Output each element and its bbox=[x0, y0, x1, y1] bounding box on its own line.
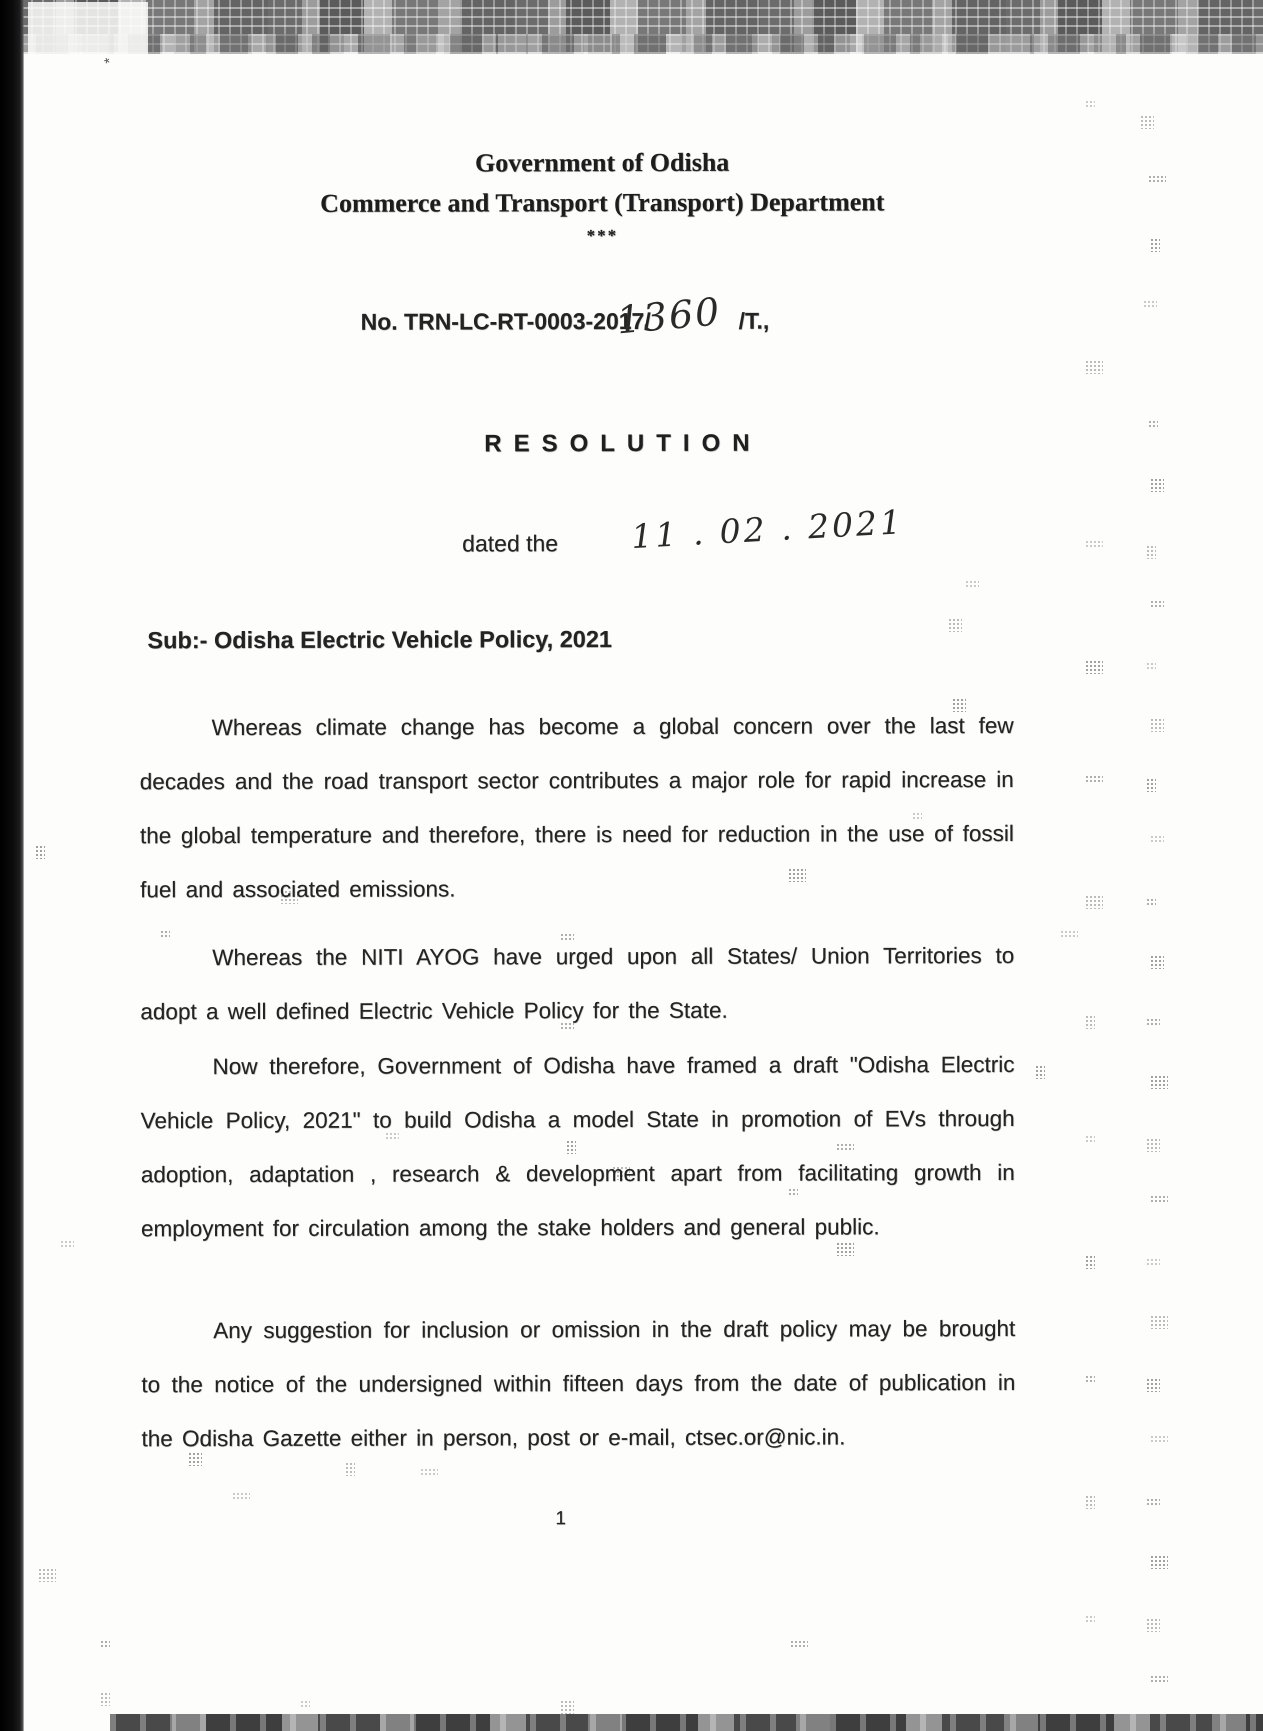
paragraph-suggestions: Any suggestion for inclusion or omission… bbox=[141, 1302, 1015, 1466]
reference-number-suffix: /T., bbox=[739, 308, 770, 335]
dated-handwritten-date: 11 . 02 . 2021 bbox=[630, 502, 905, 556]
header-line2: Commerce and Transport (Transport) Depar… bbox=[22, 187, 1182, 220]
paragraph-niti-ayog: Whereas the NITI AYOG have urged upon al… bbox=[140, 929, 1014, 1039]
paragraph-draft-policy: Now therefore, Government of Odisha have… bbox=[140, 1038, 1015, 1256]
subject-line: Sub:- Odisha Electric Vehicle Policy, 20… bbox=[147, 626, 612, 654]
reference-number-prefix: No. TRN-LC-RT-0003-2017/ bbox=[361, 308, 651, 336]
resolution-title: RESOLUTION bbox=[23, 428, 1223, 459]
paragraph-climate-change: Whereas climate change has become a glob… bbox=[140, 699, 1015, 917]
header-stars: *** bbox=[22, 225, 1182, 248]
dated-label: dated the bbox=[462, 530, 558, 557]
page-number: 1 bbox=[26, 1507, 1096, 1532]
header-line1: Government of Odisha bbox=[22, 147, 1182, 180]
document-page: Government of Odisha Commerce and Transp… bbox=[0, 0, 1263, 1731]
reference-number-handwritten: 1360 bbox=[615, 289, 723, 342]
